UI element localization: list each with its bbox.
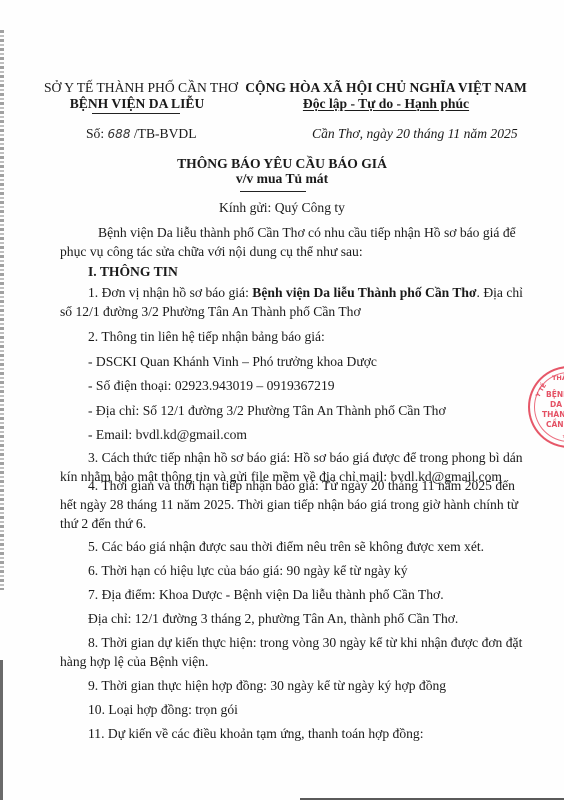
item-5: 5. Các báo giá nhận được sau thời điểm n…	[88, 539, 524, 555]
title-rule	[240, 191, 306, 192]
item-9: 9. Thời gian thực hiện hợp đồng: 30 ngày…	[88, 678, 524, 694]
item-1-label: 1. Đơn vị nhận hồ sơ báo giá:	[88, 285, 252, 300]
header-left-rule	[92, 113, 180, 114]
stamp-line-1: BỆNH	[546, 390, 564, 399]
item-8-line-2: hàng hợp lệ của Bệnh viện.	[60, 654, 496, 670]
issuing-agency-block: SỞ Y TẾ THÀNH PHỐ CẦN THƠ BỆNH VIỆN DA L…	[44, 80, 230, 112]
item-2-phone: - Số điện thoại: 02923.943019 – 09193672…	[88, 378, 524, 394]
national-motto-block: CỘNG HÒA XÃ HỘI CHỦ NGHĨA VIỆT NAM Độc l…	[236, 80, 536, 112]
document-number: Số: 688 /TB-BVDL	[86, 126, 197, 142]
item-6: 6. Thời hạn có hiệu lực của báo giá: 90 …	[88, 563, 524, 579]
intro-line-1: Bệnh viện Da liễu thành phố Cần Thơ có n…	[98, 225, 534, 241]
item-7-address: Địa chỉ: 12/1 đường 3 tháng 2, phường Tâ…	[88, 611, 524, 627]
item-8-line-1: 8. Thời gian dự kiến thực hiện: trong vò…	[88, 635, 524, 651]
stamp-line-3: THÀNH	[542, 410, 564, 419]
item-4-line-1-text: 4. Thời gian và thời hạn tiếp nhận báo g…	[88, 478, 524, 494]
item-10: 10. Loại hợp đồng: trọn gói	[88, 702, 524, 718]
item-2-address: - Địa chỉ: Số 12/1 đường 3/2 Phường Tân …	[88, 403, 524, 419]
parent-agency: SỞ Y TẾ THÀNH PHỐ CẦN THƠ	[44, 80, 230, 96]
national-motto: Độc lập - Tự do - Hạnh phúc	[236, 96, 536, 112]
document-page: SỞ Y TẾ THÀNH PHỐ CẦN THƠ BỆNH VIỆN DA L…	[0, 0, 564, 800]
item-2-contact: - DSCKI Quan Khánh Vinh – Phó trưởng kho…	[88, 354, 524, 370]
doc-number-suffix: /TB-BVDL	[134, 126, 197, 141]
stamp-line-2: DA L	[550, 400, 564, 409]
item-1: 1. Đơn vị nhận hồ sơ báo giá: Bệnh viện …	[88, 285, 524, 301]
place-date: Cần Thơ, ngày 20 tháng 11 năm 2025	[312, 126, 518, 142]
item-11: 11. Dự kiến về các điều khoản tạm ứng, t…	[88, 726, 524, 742]
doc-number-prefix: Số:	[86, 126, 104, 141]
country-name: CỘNG HÒA XÃ HỘI CHỦ NGHĨA VIỆT NAM	[236, 80, 536, 96]
doc-number-handwritten: 688	[108, 127, 131, 141]
scan-edge-corner	[0, 660, 3, 800]
item-1-address: số 12/1 đường 3/2 Phường Tân An Thành ph…	[60, 304, 496, 320]
item-3-line-1: 3. Cách thức tiếp nhận hồ sơ báo giá: Hồ…	[88, 450, 524, 466]
official-seal-stamp: THÀNH Y TẾ BỆNH DA L THÀNH CẦN T ★	[528, 366, 564, 448]
section-heading: I. THÔNG TIN	[88, 264, 524, 280]
notice-title: THÔNG BÁO YÊU CẦU BÁO GIÁ	[0, 156, 564, 172]
notice-subject: v/v mua Tủ mát	[0, 171, 564, 187]
stamp-arc-top: THÀNH	[552, 374, 564, 383]
hospital-name: BỆNH VIỆN DA LIỄU	[44, 96, 230, 112]
intro-line-2: phục vụ công tác sửa chữa với nội dung c…	[60, 244, 496, 260]
item-4-line-3: thứ 2 đến thứ 6.	[60, 516, 496, 532]
item-1-suffix: . Địa chỉ	[477, 285, 523, 300]
item-4-line-2: hết ngày 28 tháng 11 năm 2025. Thời gian…	[60, 497, 496, 513]
salutation: Kính gửi: Quý Công ty	[0, 200, 564, 216]
scan-edge-left	[0, 30, 4, 590]
item-2-email: - Email: bvdl.kd@gmail.com	[88, 427, 524, 443]
stamp-line-4: CẦN T	[546, 420, 564, 429]
item-2: 2. Thông tin liên hệ tiếp nhận bảng báo …	[88, 329, 524, 345]
item-1-recipient: Bệnh viện Da liễu Thành phố Cần Thơ	[252, 285, 476, 300]
item-7: 7. Địa điểm: Khoa Dược - Bệnh viện Da li…	[88, 587, 524, 603]
